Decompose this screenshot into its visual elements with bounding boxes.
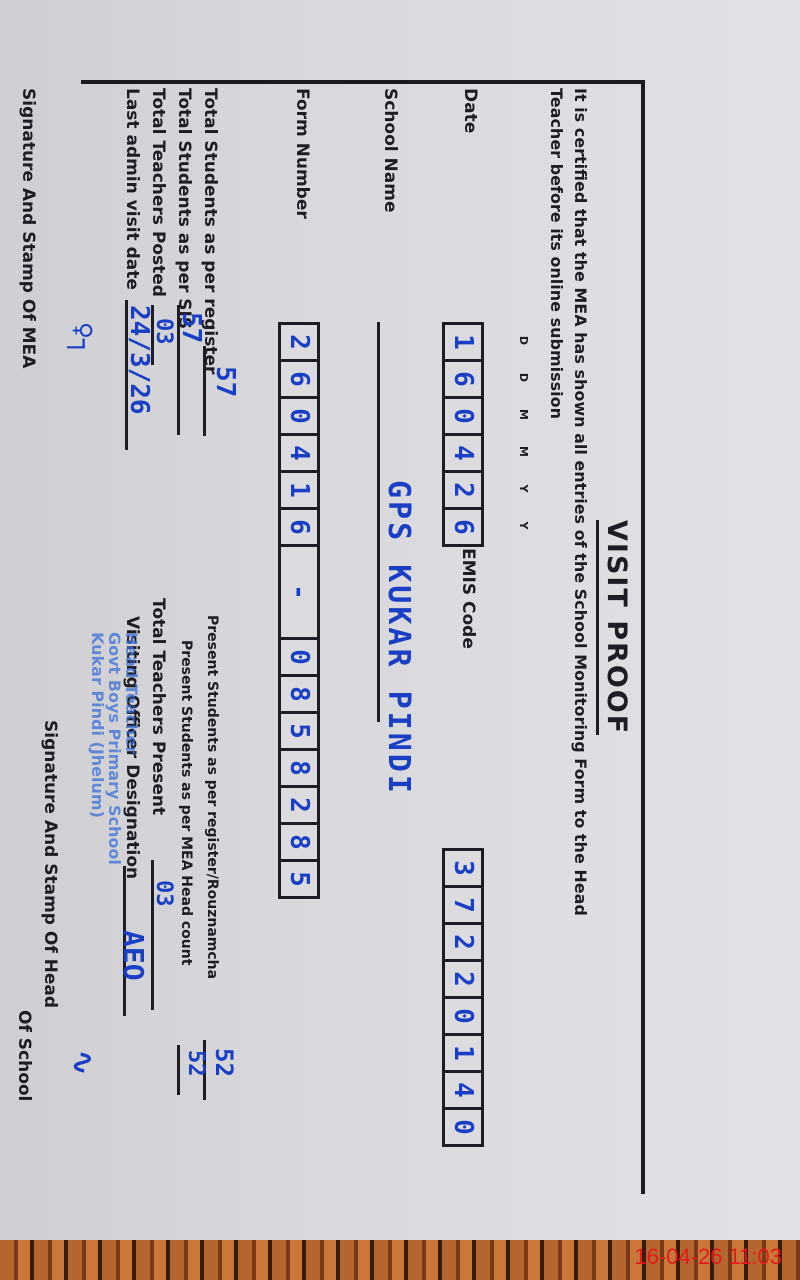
date-format-letter: D	[517, 322, 530, 359]
mea-signature: ♀┐	[67, 322, 100, 356]
school-name-value[interactable]: GPS KUKAR PINDI	[381, 480, 416, 796]
signature-mea-label: Signature And Stamp Of MEA	[18, 88, 38, 368]
emis-digit[interactable]: 7	[445, 888, 481, 925]
emis-label: EMIS Code	[458, 548, 478, 649]
total-students-sis-label: Total Students as per SIS	[174, 88, 194, 329]
certification-text-line2: Teacher before its online submission	[547, 88, 566, 419]
present-headcount-value[interactable]: 52	[183, 1050, 208, 1077]
form-number-digit[interactable]: 0	[281, 399, 317, 436]
date-format-letter: M	[517, 396, 530, 433]
form-number-label: Form Number	[292, 88, 312, 219]
form-number-boxes[interactable]: 260416-0858285	[278, 322, 320, 899]
total-students-register-value[interactable]: 57	[210, 366, 240, 397]
form-number-digit[interactable]: 2	[281, 788, 317, 825]
stamp-line-2: Govt Boys Primary School	[106, 632, 123, 865]
form-number-digit[interactable]: 5	[281, 862, 317, 896]
form-number-digit[interactable]: 1	[281, 473, 317, 510]
camera-timestamp: 16-04-26 11:03	[634, 1244, 782, 1270]
date-digit[interactable]: 2	[445, 473, 481, 510]
visiting-officer-value[interactable]: AEO	[117, 930, 150, 981]
emis-digit[interactable]: 0	[445, 1110, 481, 1144]
present-register-label: Present Students as per register/Rouznam…	[204, 615, 220, 979]
present-headcount-label: Present Students as per MEA Head count	[178, 640, 194, 965]
school-name-label: School Name	[380, 88, 400, 212]
present-headcount-line	[177, 1045, 180, 1095]
head-signature: ∿	[65, 1050, 100, 1075]
form-number-digit[interactable]: 8	[281, 825, 317, 862]
date-digit[interactable]: 6	[445, 362, 481, 399]
present-register-value[interactable]: 52	[210, 1048, 238, 1077]
form-number-digit[interactable]: 0	[281, 640, 317, 677]
emis-digit[interactable]: 1	[445, 1036, 481, 1073]
signature-head-label-2: Of School	[14, 1010, 34, 1101]
date-label: Date	[460, 88, 480, 133]
last-admin-visit-value[interactable]: 24/3/26	[124, 305, 154, 415]
emis-digit[interactable]: 2	[445, 925, 481, 962]
emis-digit[interactable]: 2	[445, 962, 481, 999]
form-number-digit[interactable]: 4	[281, 436, 317, 473]
total-students-sis-value[interactable]: 57	[176, 312, 206, 343]
total-teachers-posted-value[interactable]: 03	[151, 318, 176, 345]
stamp-line-1: Head Teacher	[123, 632, 140, 865]
form-number-digit[interactable]: 8	[281, 751, 317, 788]
date-digit[interactable]: 6	[445, 510, 481, 544]
form-title: VISIT PROOF	[596, 520, 632, 735]
emis-digit[interactable]: 4	[445, 1073, 481, 1110]
date-format-hint: DDMMYY	[517, 322, 530, 544]
date-format-letter: M	[517, 433, 530, 470]
teachers-present-value[interactable]: 03	[151, 880, 176, 907]
certification-text-line1: It is certified that the MEA has shown a…	[571, 88, 590, 916]
last-admin-visit-label: Last admin visit date	[122, 88, 142, 290]
visit-proof-form: VISIT PROOF It is certified that the MEA…	[0, 0, 800, 1280]
date-format-letter: D	[517, 359, 530, 396]
teachers-present-label: Total Teachers Present	[148, 598, 168, 815]
form-number-digit[interactable]: -	[281, 547, 317, 640]
date-format-letter: Y	[517, 470, 530, 507]
date-boxes[interactable]: 160426	[442, 322, 484, 547]
date-format-letter: Y	[517, 507, 530, 544]
form-number-digit[interactable]: 6	[281, 362, 317, 399]
date-digit[interactable]: 4	[445, 436, 481, 473]
form-number-digit[interactable]: 2	[281, 325, 317, 362]
stamp-line-3: Kukar Pindi (Jhelum)	[89, 632, 106, 865]
school-stamp: Head Teacher Govt Boys Primary School Ku…	[89, 632, 140, 865]
form-number-digit[interactable]: 6	[281, 510, 317, 547]
date-digit[interactable]: 0	[445, 399, 481, 436]
date-digit[interactable]: 1	[445, 325, 481, 362]
form-number-digit[interactable]: 5	[281, 714, 317, 751]
total-students-register-line	[203, 346, 206, 436]
school-name-line	[377, 322, 380, 722]
emis-digit[interactable]: 3	[445, 851, 481, 888]
total-teachers-posted-label: Total Teachers Posted	[148, 88, 168, 297]
signature-head-label: Signature And Stamp Of Head	[40, 720, 60, 1008]
emis-digit[interactable]: 0	[445, 999, 481, 1036]
form-number-digit[interactable]: 8	[281, 677, 317, 714]
emis-code-boxes[interactable]: 37220140	[442, 848, 484, 1147]
